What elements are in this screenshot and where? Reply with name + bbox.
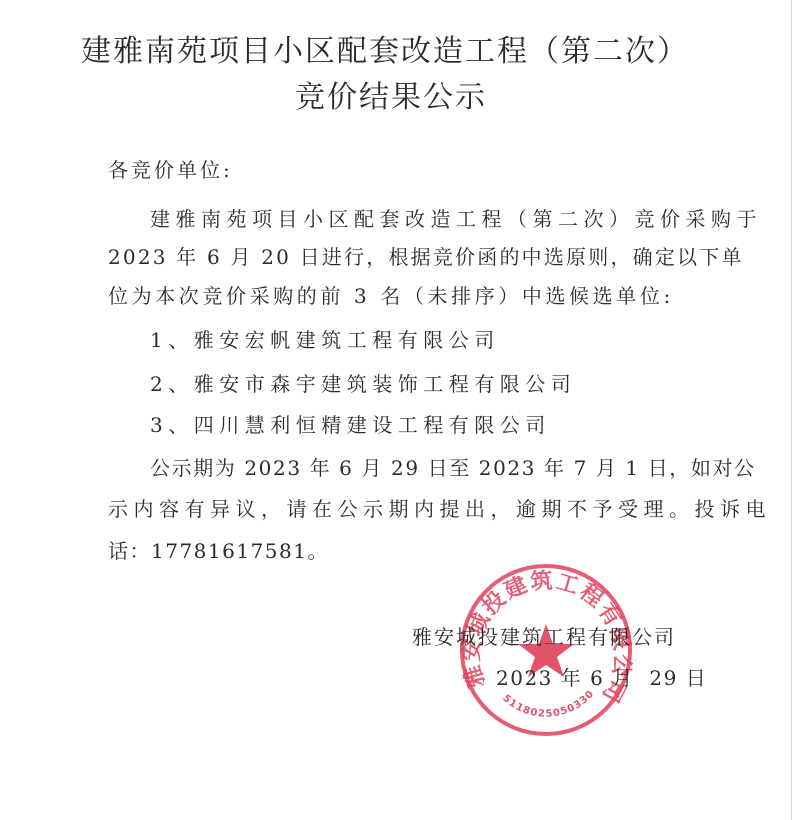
signature-company: 雅安城投建筑工程有限公司 <box>412 621 676 650</box>
paragraph1-line1: 建雅南苑项目小区配套改造工程（第二次）竞价采购于 <box>150 203 762 232</box>
page-edge-divider <box>791 0 792 820</box>
company-seal-stamp: 雅安城投建筑工程有限公司 5118025050330 <box>458 562 634 738</box>
document-page: 建雅南苑项目小区配套改造工程（第二次） 竞价结果公示 各竞价单位: 建雅南苑项目… <box>0 0 794 820</box>
svg-text:5118025050330: 5118025050330 <box>500 688 596 720</box>
paragraph1-line3: 位为本次竞价采购的前 3 名（未排序）中选候选单位: <box>108 280 674 309</box>
candidate-item: 2、雅安市森宇建筑装饰工程有限公司 <box>150 368 576 397</box>
paragraph2-line2: 示内容有异议，请在公示期内提出，逾期不予受理。投诉电 <box>108 493 771 522</box>
document-title: 建雅南苑项目小区配套改造工程（第二次） <box>0 26 782 70</box>
document-subtitle: 竞价结果公示 <box>0 72 788 116</box>
signature-date: 2023 年 6 月 29 日 <box>496 662 707 691</box>
paragraph2-line1: 公示期为 2023 年 6 月 29 日至 2023 年 7 月 1 日，如对公 <box>150 452 756 481</box>
candidate-item: 1、雅安宏帆建筑工程有限公司 <box>150 324 500 353</box>
salutation: 各竞价单位: <box>108 154 233 183</box>
paragraph1-line2: 2023 年 6 月 20 日进行，根据竞价函的中选原则，确定以下单 <box>108 241 744 270</box>
candidate-item: 3、四川慧利恒精建设工程有限公司 <box>150 409 551 438</box>
paragraph2-line3: 话：17781617581。 <box>108 535 329 564</box>
